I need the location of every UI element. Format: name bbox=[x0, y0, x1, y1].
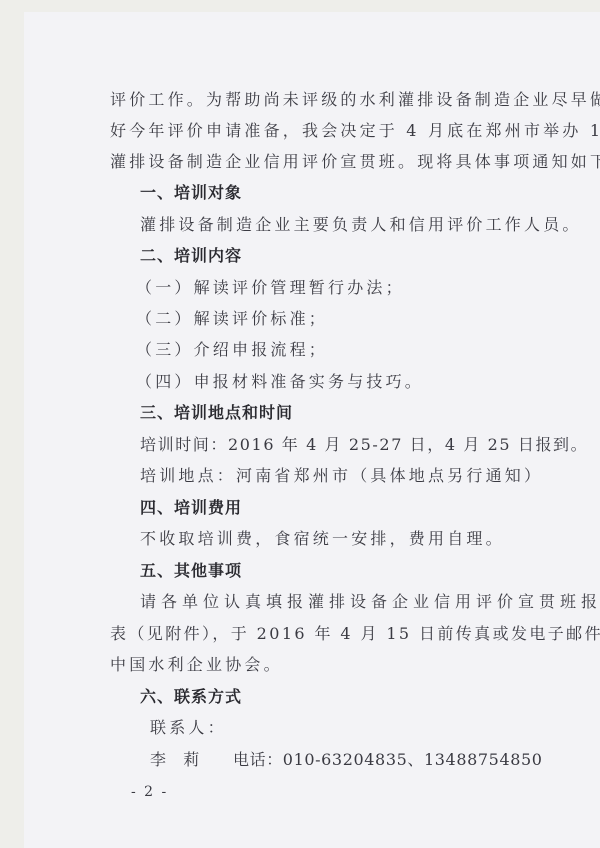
intro-line-3: 灌排设备制造企业信用评价宣贯班。现将具体事项通知如下： bbox=[110, 152, 600, 172]
document-page: 评价工作。为帮助尚未评级的水利灌排设备制造企业尽早做 好今年评价申请准备，我会决… bbox=[24, 12, 600, 848]
page-number: - 2 - bbox=[131, 782, 168, 802]
section-heading-6: 六、联系方式 bbox=[140, 687, 242, 707]
section-4-line-1: 不收取培训费，食宿统一安排，费用自理。 bbox=[140, 529, 505, 549]
section-heading-5: 五、其他事项 bbox=[140, 561, 242, 581]
section-heading-2: 二、培训内容 bbox=[140, 246, 242, 266]
intro-line-1: 评价工作。为帮助尚未评级的水利灌排设备制造企业尽早做 bbox=[110, 90, 600, 110]
contact-phone: 李 莉 电话：010-63204835、13488754850 bbox=[150, 750, 543, 770]
section-1-line-1: 灌排设备制造企业主要负责人和信用评价工作人员。 bbox=[140, 215, 582, 235]
section-5-line-1: 请各单位认真填报灌排设备企业信用评价宣贯班报名 bbox=[140, 592, 600, 612]
section-2-line-1: （一）解读评价管理暂行办法； bbox=[136, 278, 405, 298]
section-3-line-2: 培训地点：河南省郑州市（具体地点另行通知） bbox=[140, 466, 543, 486]
section-3-line-1: 培训时间：2016 年 4 月 25-27 日，4 月 25 日报到。 bbox=[140, 435, 588, 455]
section-2-line-4: （四）申报材料准备实务与技巧。 bbox=[136, 372, 424, 392]
section-2-line-2: （二）解读评价标准； bbox=[136, 309, 328, 329]
section-heading-4: 四、培训费用 bbox=[140, 498, 242, 518]
section-5-line-3: 中国水利企业协会。 bbox=[110, 655, 283, 675]
section-2-line-3: （三）介绍申报流程； bbox=[136, 340, 328, 360]
section-heading-1: 一、培训对象 bbox=[140, 183, 242, 203]
section-5-line-2: 表（见附件），于 2016 年 4 月 15 日前传真或发电子邮件至 bbox=[110, 624, 600, 644]
intro-line-2: 好今年评价申请准备，我会决定于 4 月底在郑州市举办 1 期 bbox=[110, 121, 600, 141]
contact-label: 联系人： bbox=[150, 718, 227, 738]
section-heading-3: 三、培训地点和时间 bbox=[140, 403, 293, 423]
